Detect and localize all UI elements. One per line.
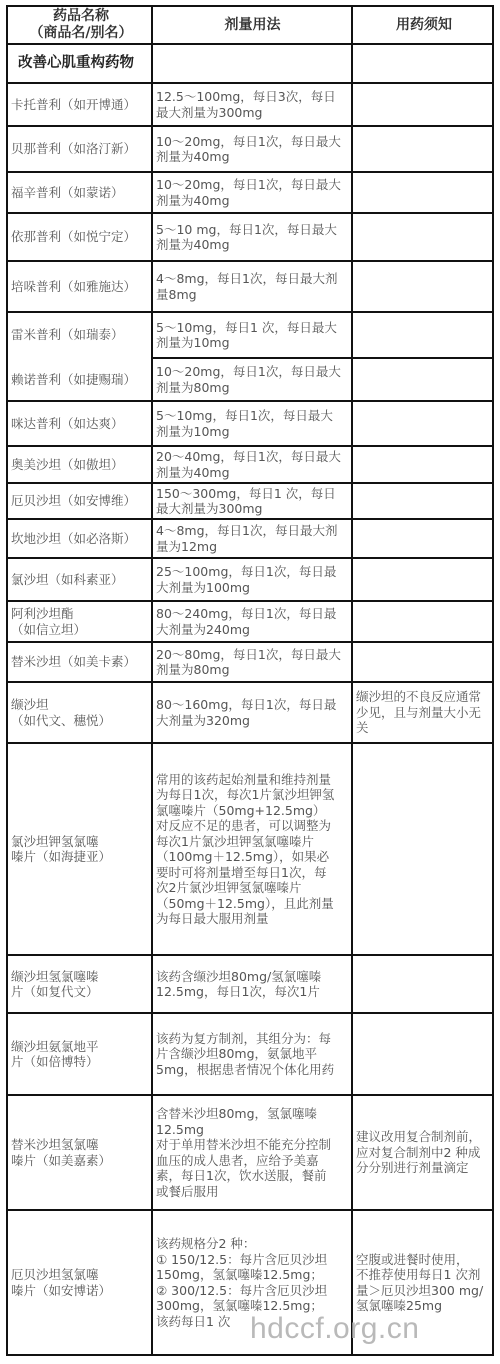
drug-name: 缬沙坦氨氯地平 片（如倍博特） xyxy=(8,1014,151,1094)
drug-name: 赖诺普利（如捷赐瑞） xyxy=(8,359,151,400)
drug-name: 福辛普利（如蒙诺） xyxy=(8,173,151,212)
drug-dosage: 80～160mg，每日1次，每日最 大剂量为320mg xyxy=(153,683,351,742)
drug-dosage: 10～20mg，每日1次，每日最大 剂量为80mg xyxy=(153,359,351,400)
header-dosage: 剂量用法 xyxy=(153,7,351,43)
header-drug-name: 药品名称 （商品名/别名） xyxy=(8,7,151,43)
drug-notes: 缬沙坦的不良反应通常 少见，且与剂量大小无 关 xyxy=(353,683,494,742)
drug-name: 厄贝沙坦氢氯噻 嗪片（如安博诺） xyxy=(8,1211,151,1354)
drug-notes xyxy=(353,520,494,557)
drug-notes xyxy=(353,484,494,518)
drug-dosage: 150～300mg，每日1 次，每日 最大剂量为300mg xyxy=(153,484,351,518)
drug-dosage: 该药含缬沙坦80mg/氢氯噻嗪 12.5mg，每日1次，每次1片 xyxy=(153,956,351,1012)
drug-dosage: 常用的该药起始剂量和维持剂量 为每日1次，每次1片氯沙坦钾氢 氯噻嗪片（50mg… xyxy=(153,744,351,954)
drug-name: 替米沙坦（如美卡素） xyxy=(8,643,151,681)
drug-notes xyxy=(353,447,494,482)
drug-dosage: 20～40mg，每日1次，每日最大 剂量为40mg xyxy=(153,447,351,482)
drug-dosage: 5～10 mg，每日1次，每日最大 剂量为40mg xyxy=(153,214,351,260)
header-notes: 用药须知 xyxy=(353,7,494,43)
drug-notes: 建议改用复合制剂前， 应对复合制剂中2 种成 分分别进行剂量滴定 xyxy=(353,1096,494,1209)
drug-notes xyxy=(353,559,494,600)
drug-notes xyxy=(353,262,494,311)
drug-dosage: 80～240mg，每日1次，每日最 大剂量为240mg xyxy=(153,602,351,641)
drug-dosage: 12.5～100mg，每日3次，每日 最大剂量为300mg xyxy=(153,84,351,125)
drug-notes xyxy=(353,643,494,681)
drug-name: 厄贝沙坦（如安博维） xyxy=(8,484,151,518)
drug-notes xyxy=(353,214,494,260)
drug-dosage: 含替米沙坦80mg，氢氯噻嗪 12.5mg 对于单用替米沙坦不能充分控制 血压的… xyxy=(153,1096,351,1209)
drug-name: 奥美沙坦（如傲坦） xyxy=(8,447,151,482)
drug-name: 氯沙坦钾氢氯噻 嗪片（如海捷亚） xyxy=(8,744,151,954)
section-title: 改善心肌重构药物 xyxy=(8,45,151,82)
drug-name: 培哚普利（如雅施达） xyxy=(8,262,151,311)
drug-name: 咪达普利（如达爽） xyxy=(8,402,151,445)
drug-notes xyxy=(353,127,494,171)
drug-notes xyxy=(353,84,494,125)
drug-dosage: 25～100mg，每日1次，每日最 大剂量为100mg xyxy=(153,559,351,600)
medication-table: 药品名称 （商品名/别名） 剂量用法 用药须知 改善心肌重构药物 卡托普利（如开… xyxy=(6,5,494,1356)
watermark: hdccf.org.cn xyxy=(250,1312,419,1346)
drug-name: 缬沙坦氢氯噻嗪 片（如复代文） xyxy=(8,956,151,1012)
drug-notes xyxy=(353,1014,494,1094)
drug-dosage: 4～8mg，每日1次，每日最大剂 量为12mg xyxy=(153,520,351,557)
drug-name: 坎地沙坦（如必洛斯） xyxy=(8,520,151,557)
drug-name: 替米沙坦氢氯噻 嗪片（如美嘉素） xyxy=(8,1096,151,1209)
drug-name: 依那普利（如悦宁定） xyxy=(8,214,151,260)
drug-name: 贝那普利（如洛汀新） xyxy=(8,127,151,171)
drug-dosage: 5～10mg，每日1 次，每日最大 剂量为10mg xyxy=(153,313,351,357)
drug-notes xyxy=(353,173,494,212)
drug-name: 卡托普利（如开博通） xyxy=(8,84,151,125)
drug-dosage: 5～10mg，每日1次，每日最大 剂量为10mg xyxy=(153,402,351,445)
drug-name: 雷米普利（如瑞泰） xyxy=(8,313,151,357)
drug-notes xyxy=(353,402,494,445)
drug-dosage: 10～20mg，每日1次，每日最大 剂量为40mg xyxy=(153,173,351,212)
drug-notes xyxy=(353,744,494,954)
drug-dosage: 该药为复方制剂，其组分为：每 片含缬沙坦80mg，氨氯地平 5mg，根据患者情况… xyxy=(153,1014,351,1094)
drug-notes xyxy=(353,956,494,1012)
drug-name: 缬沙坦 （如代文、穗悦） xyxy=(8,683,151,742)
drug-name: 阿利沙坦酯 （如信立坦） xyxy=(8,602,151,641)
drug-dosage: 20～80mg，每日1次，每日最大 剂量为80mg xyxy=(153,643,351,681)
drug-dosage: 10～20mg，每日1次，每日最大 剂量为40mg xyxy=(153,127,351,171)
drug-dosage: 4～8mg，每日1次，每日最大剂 量8mg xyxy=(153,262,351,311)
drug-notes xyxy=(353,602,494,641)
drug-name: 氯沙坦（如科素亚） xyxy=(8,559,151,600)
drug-notes xyxy=(353,313,494,357)
drug-notes xyxy=(353,359,494,400)
